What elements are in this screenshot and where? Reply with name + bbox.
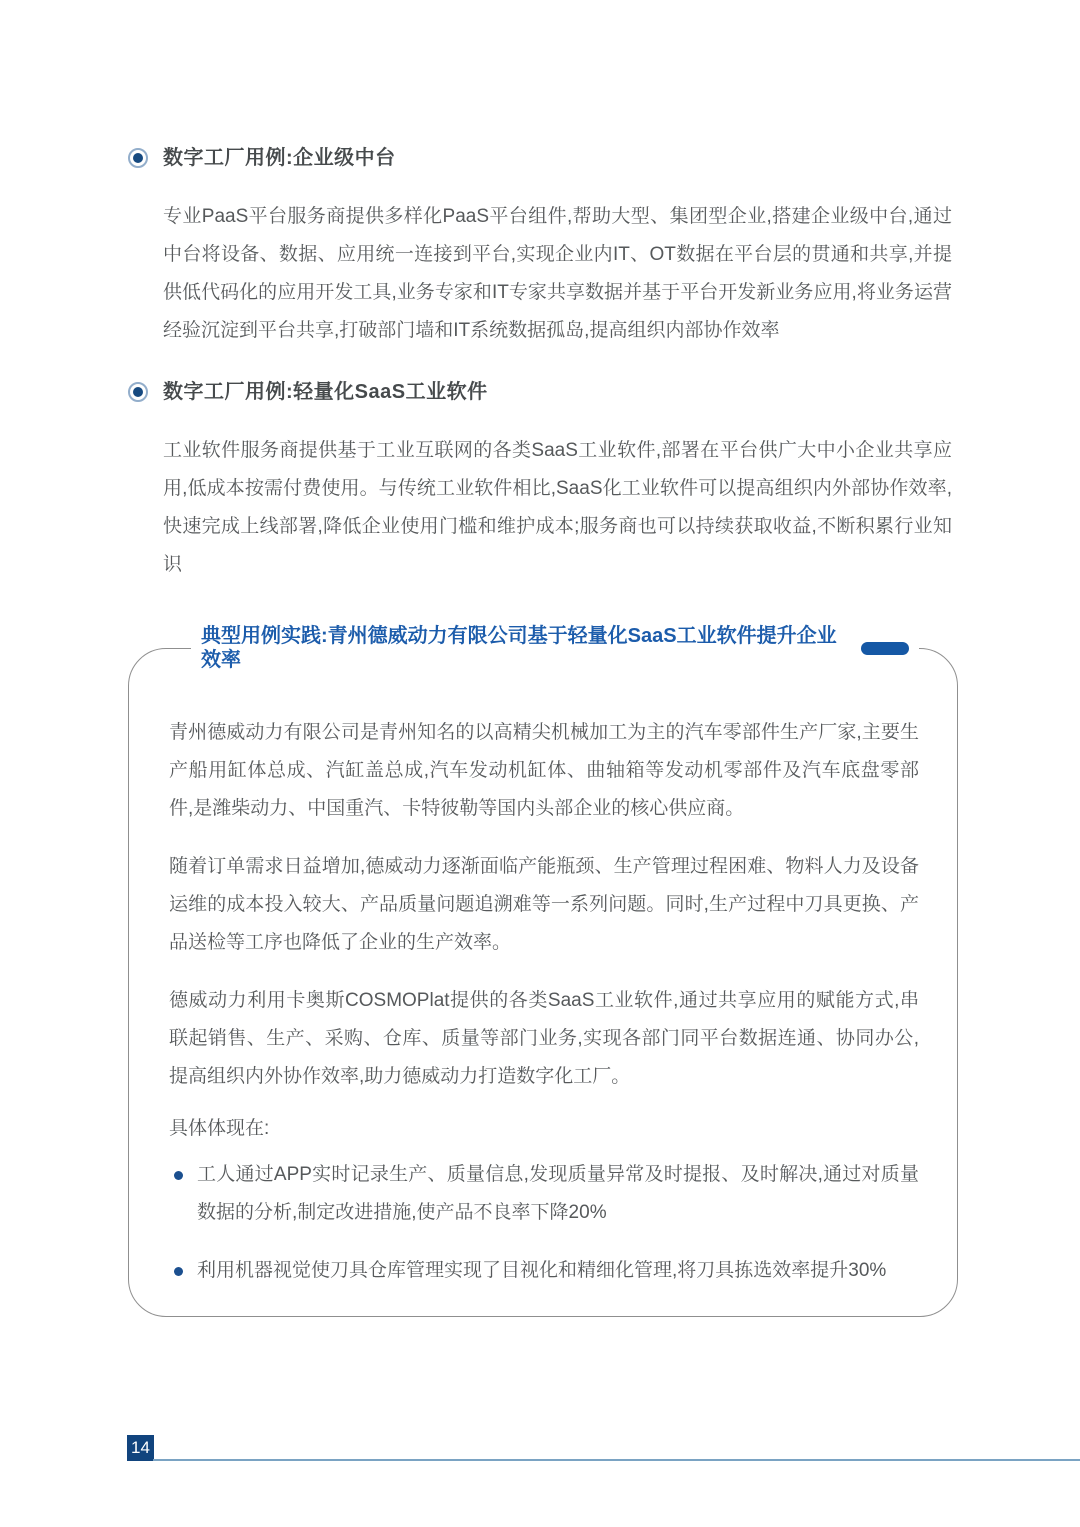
section-body-paragraph: 专业PaaS平台服务商提供多样化PaaS平台组件,帮助大型、集团型企业,搭建企业… [163,198,952,350]
radio-bullet-dot-icon [133,387,143,397]
case-bullet-list: 工人通过APP实时记录生产、质量信息,发现质量异常及时提报、及时解决,通过对质量… [169,1156,919,1290]
title-dash-icon [861,642,909,655]
document-page: 数字工厂用例:企业级中台 专业PaaS平台服务商提供多样化PaaS平台组件,帮助… [0,0,1080,1527]
section-heading-label: 数字工厂用例:企业级中台 [163,146,396,170]
case-study-title: 典型用例实践:青州德威动力有限公司基于轻量化SaaS工业软件提升企业效率 [191,624,919,672]
list-item: 利用机器视觉使刀具仓库管理实现了目视化和精细化管理,将刀具拣选效率提升30% [169,1252,919,1290]
list-item-text: 工人通过APP实时记录生产、质量信息,发现质量异常及时提报、及时解决,通过对质量… [197,1164,919,1223]
footer-rule [153,1459,1080,1461]
section-heading-label: 数字工厂用例:轻量化SaaS工业软件 [163,380,488,404]
list-item: 工人通过APP实时记录生产、质量信息,发现质量异常及时提报、及时解决,通过对质量… [169,1156,919,1232]
case-paragraph: 德威动力利用卡奥斯COSMOPlat提供的各类SaaS工业软件,通过共享应用的赋… [169,982,919,1096]
radio-bullet-icon [128,148,148,168]
page-number-badge: 14 [127,1435,154,1461]
radio-bullet-dot-icon [133,153,143,163]
section-heading-enterprise-middle-platform: 数字工厂用例:企业级中台 [128,146,958,170]
section-heading-saas-industrial-software: 数字工厂用例:轻量化SaaS工业软件 [128,380,958,404]
case-paragraph: 青州德威动力有限公司是青州知名的以高精尖机械加工为主的汽车零部件生产厂家,主要生… [169,714,919,828]
radio-bullet-icon [128,382,148,402]
bullet-dot-icon [174,1171,183,1180]
case-study-box: 典型用例实践:青州德威动力有限公司基于轻量化SaaS工业软件提升企业效率 青州德… [128,624,958,1317]
bullet-dot-icon [174,1267,183,1276]
list-intro: 具体体现在: [169,1110,919,1148]
list-item-text: 利用机器视觉使刀具仓库管理实现了目视化和精细化管理,将刀具拣选效率提升30% [197,1260,886,1281]
case-study-title-label: 典型用例实践:青州德威动力有限公司基于轻量化SaaS工业软件提升企业效率 [201,624,847,672]
section-body-paragraph: 工业软件服务商提供基于工业互联网的各类SaaS工业软件,部署在平台供广大中小企业… [163,432,952,584]
case-paragraph: 随着订单需求日益增加,德威动力逐渐面临产能瓶颈、生产管理过程困难、物料人力及设备… [169,848,919,962]
